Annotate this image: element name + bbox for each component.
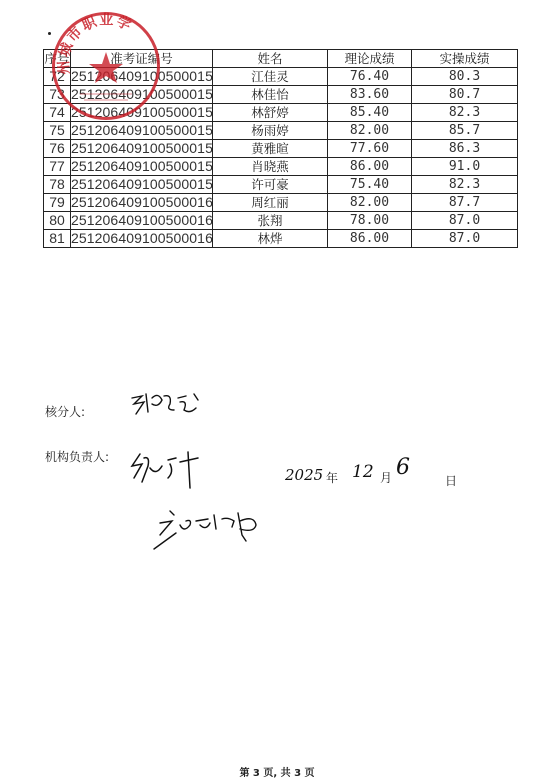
cell-cert-no: 2512064091005000153: [71, 68, 213, 86]
cell-practice-score: 87.7: [412, 194, 518, 212]
table-row: 742512064091005000155林舒婷85.4082.3: [44, 104, 518, 122]
cell-name: 黄雅暄: [213, 140, 328, 158]
cell-name: 肖晓燕: [213, 158, 328, 176]
cell-cert-no: 2512064091005000162: [71, 230, 213, 248]
table-row: 772512064091005000158肖晓燕86.0091.0: [44, 158, 518, 176]
date-day: 6: [396, 455, 410, 480]
cell-cert-no: 2512064091005000156: [71, 122, 213, 140]
header-practice-score: 实操成绩: [412, 50, 518, 68]
scores-table: 序号 准考证编号 姓名 理论成绩 实操成绩 722512064091005000…: [43, 49, 518, 248]
table-row: 732512064091005000154林佳怡83.6080.7: [44, 86, 518, 104]
header-index: 序号: [44, 50, 71, 68]
table-header-row: 序号 准考证编号 姓名 理论成绩 实操成绩: [44, 50, 518, 68]
cell-theory-score: 85.40: [328, 104, 412, 122]
date-month: 12: [352, 462, 374, 482]
cell-index: 77: [44, 158, 71, 176]
page-footer: 第 3 页, 共 3 页: [0, 764, 554, 779]
cell-practice-score: 91.0: [412, 158, 518, 176]
head-label: 机构负责人:: [45, 448, 109, 465]
cell-theory-score: 78.00: [328, 212, 412, 230]
cell-theory-score: 82.00: [328, 122, 412, 140]
cell-name: 江佳灵: [213, 68, 328, 86]
cell-index: 80: [44, 212, 71, 230]
reviewer-signature: [128, 388, 218, 420]
date-day-unit: 日: [445, 472, 457, 489]
date-year-unit: 年: [326, 469, 338, 486]
cell-theory-score: 82.00: [328, 194, 412, 212]
cell-cert-no: 2512064091005000160: [71, 194, 213, 212]
cell-index: 78: [44, 176, 71, 194]
cell-theory-score: 83.60: [328, 86, 412, 104]
date-month-unit: 月: [380, 469, 392, 486]
table-row: 802512064091005000161张翔78.0087.0: [44, 212, 518, 230]
table-row: 752512064091005000156杨雨婷82.0085.7: [44, 122, 518, 140]
reviewer-label: 核分人:: [45, 403, 85, 420]
cell-name: 周红丽: [213, 194, 328, 212]
cell-practice-score: 87.0: [412, 230, 518, 248]
table-row: 762512064091005000157黄雅暄77.6086.3: [44, 140, 518, 158]
cell-practice-score: 85.7: [412, 122, 518, 140]
cell-theory-score: 75.40: [328, 176, 412, 194]
cell-cert-no: 2512064091005000155: [71, 104, 213, 122]
cell-theory-score: 77.60: [328, 140, 412, 158]
header-name: 姓名: [213, 50, 328, 68]
cell-practice-score: 80.7: [412, 86, 518, 104]
cell-name: 杨雨婷: [213, 122, 328, 140]
cell-practice-score: 80.3: [412, 68, 518, 86]
head-signature: [128, 448, 208, 490]
cell-practice-score: 82.3: [412, 104, 518, 122]
cell-name: 林佳怡: [213, 86, 328, 104]
table-row: 722512064091005000153江佳灵76.4080.3: [44, 68, 518, 86]
table-row: 782512064091005000159许可豪75.4082.3: [44, 176, 518, 194]
table-row: 812512064091005000162林烨86.0087.0: [44, 230, 518, 248]
cell-cert-no: 2512064091005000159: [71, 176, 213, 194]
cell-theory-score: 76.40: [328, 68, 412, 86]
cell-cert-no: 2512064091005000161: [71, 212, 213, 230]
cell-theory-score: 86.00: [328, 230, 412, 248]
cell-name: 张翔: [213, 212, 328, 230]
cell-theory-score: 86.00: [328, 158, 412, 176]
cell-name: 许可豪: [213, 176, 328, 194]
cell-cert-no: 2512064091005000157: [71, 140, 213, 158]
third-signature: [150, 505, 290, 555]
cell-index: 74: [44, 104, 71, 122]
cell-practice-score: 82.3: [412, 176, 518, 194]
cell-index: 79: [44, 194, 71, 212]
date-year: 2025: [285, 466, 323, 484]
cell-name: 林烨: [213, 230, 328, 248]
cell-name: 林舒婷: [213, 104, 328, 122]
cell-practice-score: 87.0: [412, 212, 518, 230]
cell-cert-no: 2512064091005000158: [71, 158, 213, 176]
header-cert-no: 准考证编号: [71, 50, 213, 68]
cell-practice-score: 86.3: [412, 140, 518, 158]
cell-index: 76: [44, 140, 71, 158]
cell-index: 73: [44, 86, 71, 104]
table-row: 792512064091005000160周红丽82.0087.7: [44, 194, 518, 212]
cell-index: 81: [44, 230, 71, 248]
cell-cert-no: 2512064091005000154: [71, 86, 213, 104]
bullet-dot: [48, 32, 51, 35]
header-theory-score: 理论成绩: [328, 50, 412, 68]
cell-index: 72: [44, 68, 71, 86]
cell-index: 75: [44, 122, 71, 140]
